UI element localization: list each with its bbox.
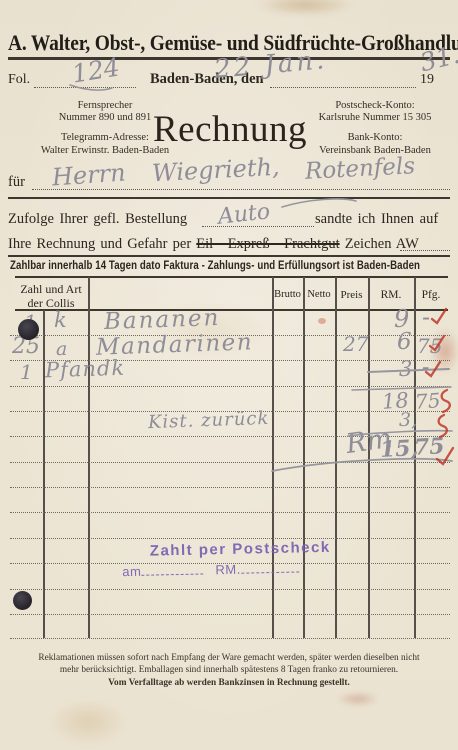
row2-preis: 27 [343, 334, 368, 354]
postscheck-stamp: Zahlt per Postscheck am RM. [122, 539, 332, 579]
recipient-handwritten-place: Rotenfels [304, 155, 415, 184]
order-line2-struck-shipping: Eil—Expreß—Frachtgut [196, 236, 339, 252]
date-dotted-line [270, 87, 416, 88]
column-header-netto: Netto [303, 289, 335, 301]
footer-line1: Reklamationen müssen sofort nach Empfang… [7, 652, 451, 664]
column-header-brutto: Brutto [272, 289, 303, 301]
total-pfg: 75 [413, 435, 445, 459]
row3-zahl: 1 [20, 362, 33, 382]
recipient-handwritten-name: Wiegrieth, [151, 155, 280, 186]
date-handwritten: 22 Jan. [213, 47, 328, 83]
table-vline [88, 277, 90, 638]
stamp-line1: Zahlt per Postscheck [150, 539, 331, 560]
recipient-rule [8, 197, 450, 199]
stamp-rm-label: RM. [215, 562, 241, 578]
bank-label: Bank-Konto: [300, 132, 450, 144]
fol-dotted-line [34, 87, 136, 88]
table-row-line [10, 512, 450, 513]
postscheck-number: Karlsruhe Nummer 15 305 [300, 112, 450, 124]
table-vline [368, 277, 370, 638]
order-line2-pre: Ihre Rechnung und Gefahr per [8, 236, 191, 252]
row2-art: a [56, 340, 67, 359]
order-line1-post: sandte ich Ihnen auf [315, 211, 438, 228]
row3-rm: 3 [399, 359, 412, 380]
table-row-line [10, 386, 450, 387]
row2-pfg: 75 [417, 336, 442, 356]
paper-stain [255, 0, 355, 16]
row1-art: k [54, 310, 67, 331]
fol-label: Fol. [8, 72, 30, 88]
recipient-dotted-line [32, 189, 450, 190]
table-row-line [10, 487, 450, 488]
punch-hole-top [18, 319, 39, 340]
column-header-pfg: Pfg. [414, 289, 448, 302]
punch-hole-bottom [13, 591, 32, 610]
crate-return-rm: 3, [399, 411, 417, 430]
column-header-preis: Preis [335, 289, 368, 302]
order-line2: Ihre Rechnung und Gefahr per Eil—Expreß—… [8, 236, 419, 253]
year-handwritten: 31. [418, 42, 458, 76]
table-vline [303, 277, 305, 638]
paper-stain [48, 698, 128, 746]
bank-accounts-block: Postscheck-Konto: Karlsruhe Nummer 15 30… [300, 100, 450, 157]
row1-pfg: - [422, 305, 430, 329]
row3-pfg: - [422, 357, 429, 379]
invoice-document: A. Walter, Obst-, Gemüse- und Südfrüchte… [0, 0, 458, 750]
order-line1-pre: Zufolge Ihrer gefl. Bestellung [8, 211, 187, 228]
table-row-line [10, 589, 450, 590]
recipient-handwritten-salutation: Herrn [51, 160, 126, 189]
table-vline [272, 277, 274, 638]
footer-line3: Vom Verfalltage ab werden Bankzinsen in … [7, 677, 451, 689]
paper-stain [336, 692, 380, 706]
document-title: Rechnung [150, 108, 310, 151]
stamp-am-label: am [122, 564, 141, 579]
table-row-line [10, 538, 450, 539]
row2-rm: 6 [397, 331, 412, 354]
table-header-rule [15, 309, 448, 311]
order-line1-handwritten: Auto [217, 201, 271, 228]
terms-line: Zahlbar innerhalb 14 Tagen dato Faktura … [10, 260, 420, 272]
table-row-line [10, 614, 450, 615]
row1-desc: Bananen [104, 307, 221, 334]
row1-rm: 9 [394, 307, 409, 331]
row3-desc: Pfandk [45, 358, 126, 382]
column-header-collis: Zahl und Art der Collis [15, 283, 87, 311]
footer-conditions: Reklamationen müssen sofort nach Empfang… [0, 652, 458, 689]
terms-rule-bottom [15, 276, 448, 278]
table-row-line [10, 638, 450, 639]
terms-rule-top [8, 255, 450, 257]
crate-return-note: Kist. zurück [148, 410, 270, 432]
column-header-rm: RM. [368, 289, 414, 302]
company-name: A. Walter, Obst-, Gemüse- und Südfrüchte… [8, 30, 458, 56]
stamp-line2: am RM. [122, 560, 331, 579]
fuer-label: für [8, 174, 25, 191]
subtotal-pfg: 75 [414, 390, 441, 412]
order-line2-dotted [400, 250, 450, 251]
table-vline [335, 277, 337, 638]
footer-line2: mehr berücksichtigt. Emballagen sind inn… [7, 664, 451, 676]
postscheck-label: Postscheck-Konto: [300, 100, 450, 112]
fol-value-handwritten: 124 [70, 54, 121, 86]
